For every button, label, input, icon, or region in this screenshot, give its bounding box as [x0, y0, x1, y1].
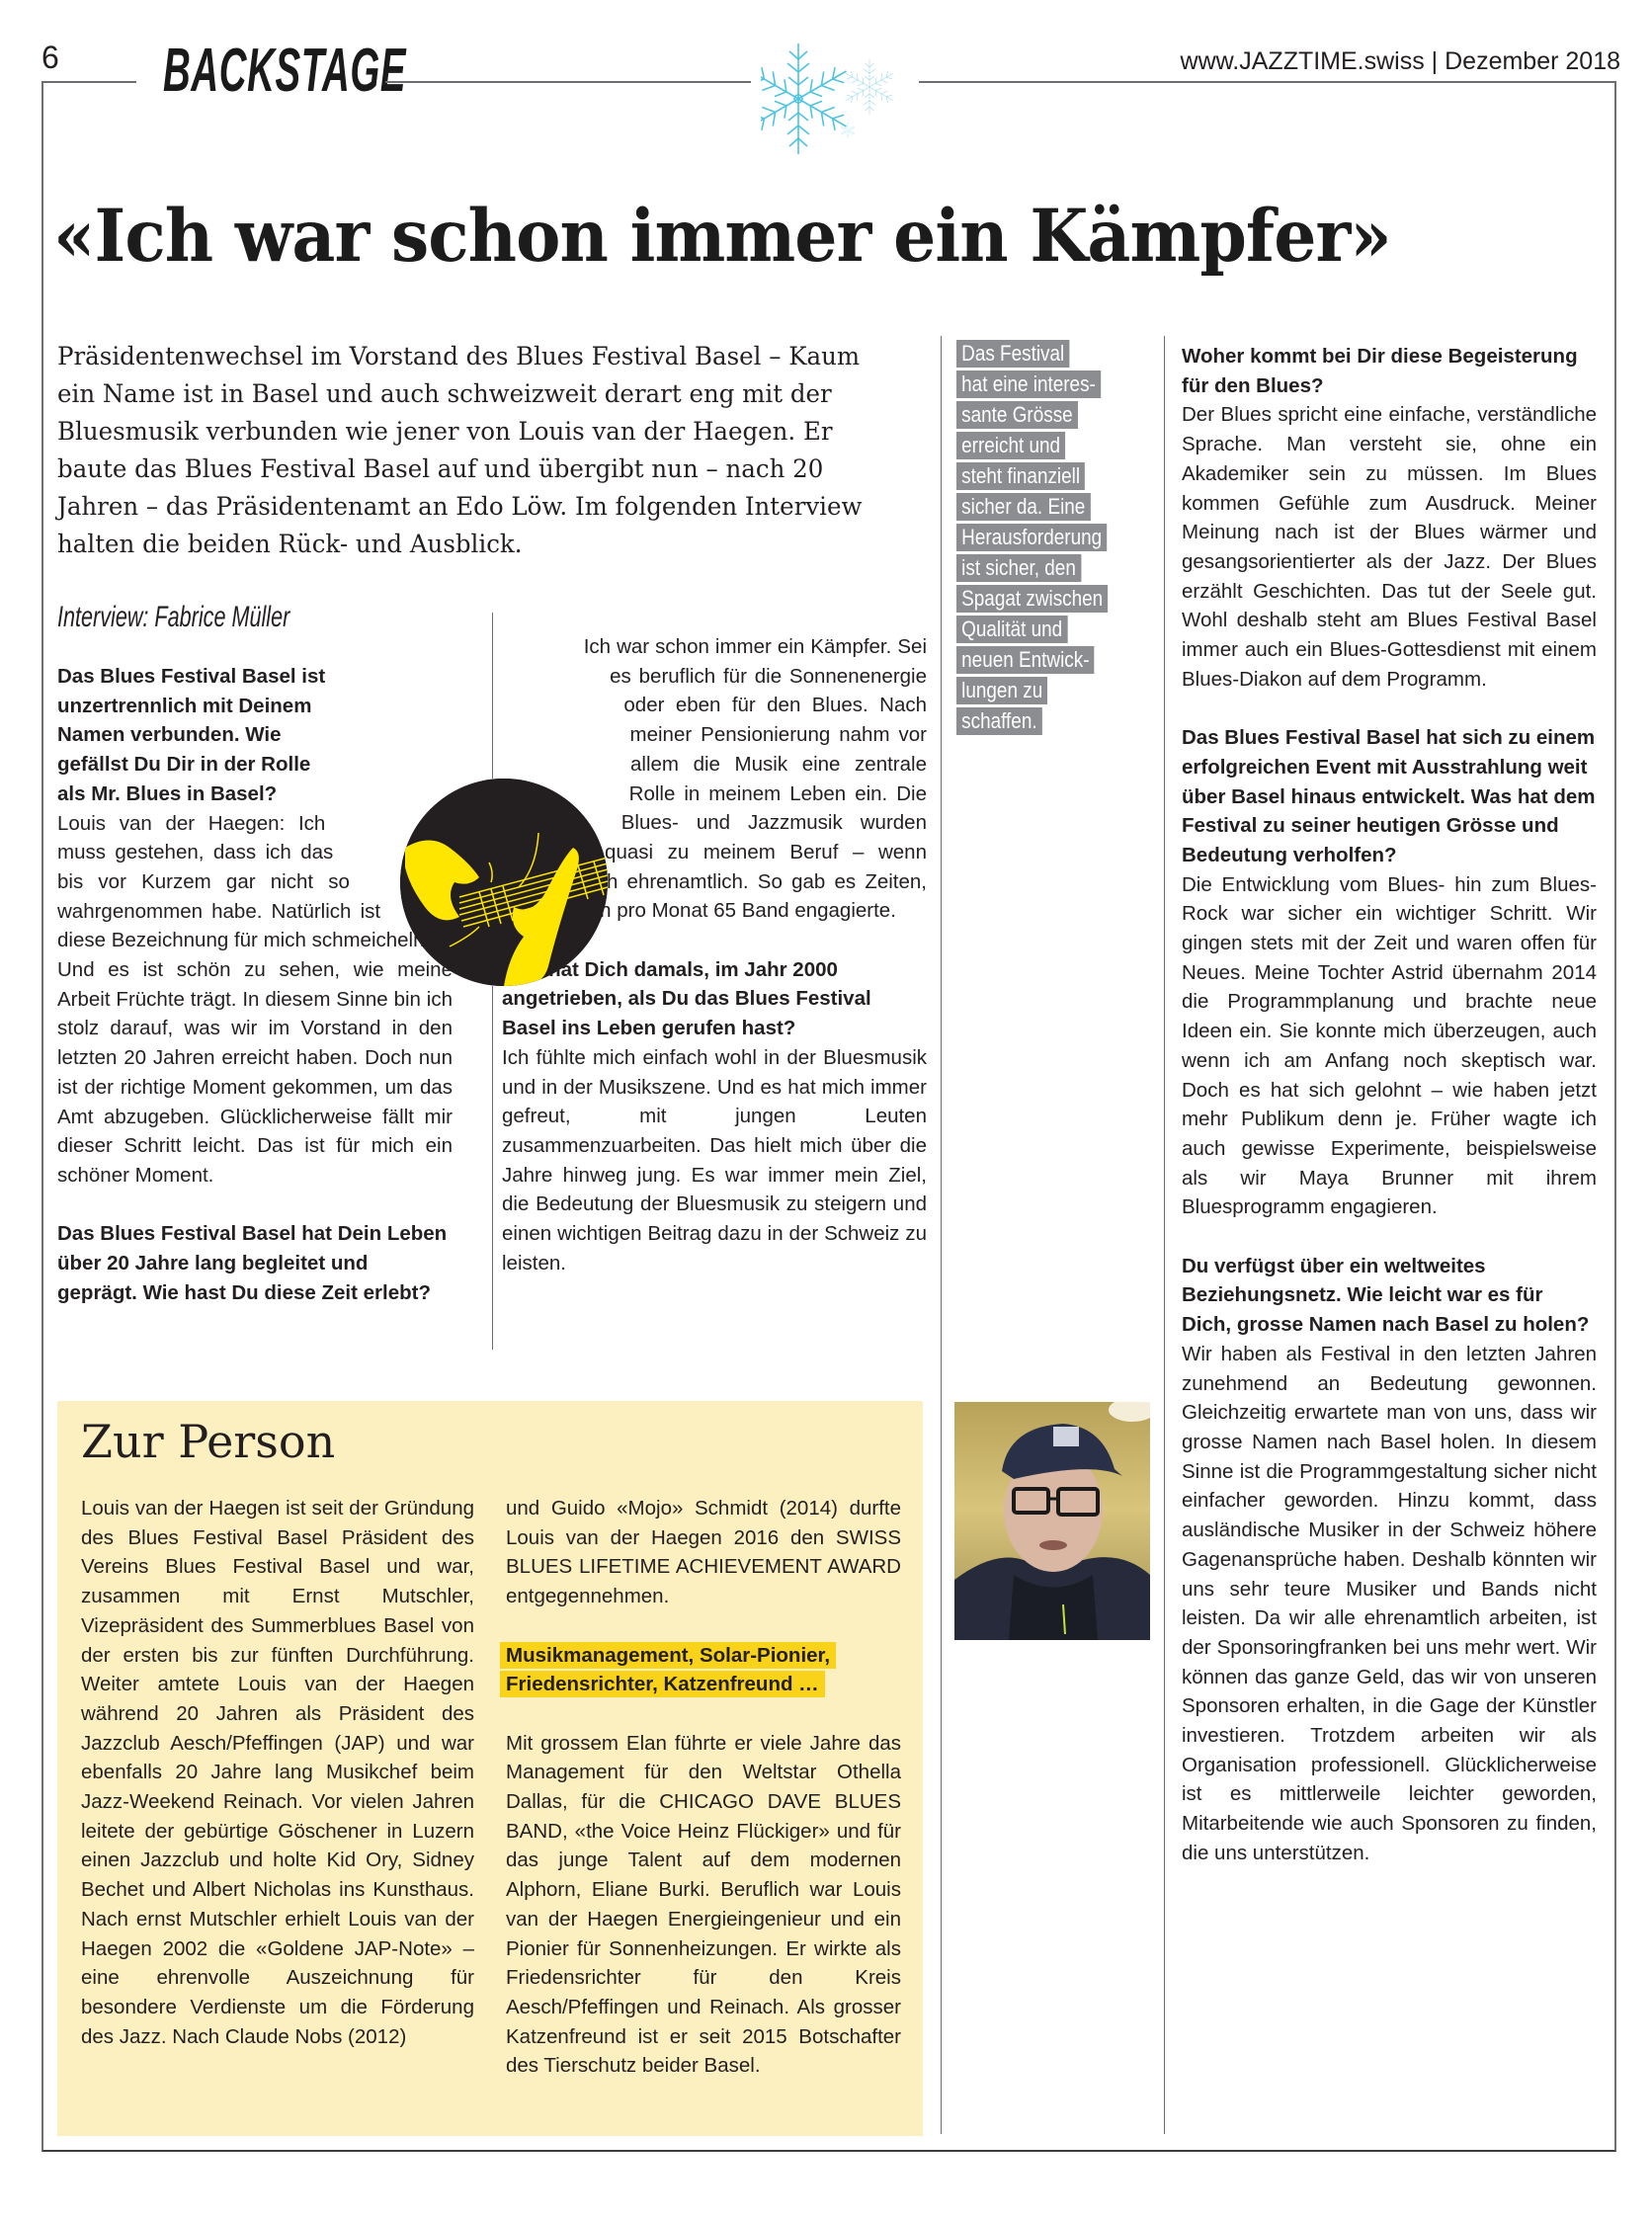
highlight-subhead: Musikmanagement, Solar-Pionier, Friedens… — [500, 1642, 836, 1698]
pull-quote-line: lungen zu — [956, 677, 1047, 704]
portrait-photo — [954, 1402, 1150, 1640]
pull-quote-line: sicher da. Eine — [956, 493, 1090, 521]
person-bio-1: Louis van der Haegen ist seit der Gründu… — [81, 1494, 474, 2051]
pull-quote-line: steht finanziell — [956, 462, 1085, 490]
pull-quote-line: erreicht und — [956, 432, 1065, 459]
headline: «Ich war schon immer ein Kämpfer» — [53, 194, 1391, 279]
person-box-column-2: und Guido «Mojo» Schmidt (2014) durfte L… — [506, 1494, 901, 2081]
site-and-date: www.JAZZTIME.swiss | Dezember 2018 — [1181, 47, 1620, 76]
person-bio-2: und Guido «Mojo» Schmidt (2014) durfte L… — [506, 1494, 901, 1611]
lead-paragraph: Präsidentenwechsel im Vorstand des Blues… — [57, 338, 882, 563]
column-divider — [941, 336, 942, 2134]
column-4: Woher kommt bei Dir diese Begeisterung f… — [1182, 342, 1597, 1868]
guitar-illustration — [400, 779, 608, 986]
page-number: 6 — [41, 40, 59, 76]
byline: Interview: Fabrice Müller — [57, 601, 289, 634]
guitar-hands-icon — [400, 779, 608, 986]
pull-quote-line: neuen Entwick- — [956, 646, 1095, 674]
portrait-person-icon — [954, 1402, 1150, 1640]
pull-quote-line: Spagat zwischen — [956, 585, 1108, 613]
question-6: Du verfügst über ein weltweites Beziehun… — [1182, 1252, 1597, 1340]
answer-4: Der Blues spricht eine einfache, verstän… — [1182, 400, 1597, 694]
column-divider — [492, 986, 493, 1350]
pull-quote-line: ist sicher, den — [956, 554, 1081, 582]
pull-quote-line: hat eine interes- — [956, 370, 1101, 398]
pull-quote-line: Das Festival — [956, 340, 1069, 368]
pull-quote-line: sante Grösse — [956, 401, 1078, 429]
answer-5: Die Entwicklung vom Blues- hin zum Blues… — [1182, 870, 1597, 1222]
pull-quote-line: Qualität und — [956, 616, 1067, 643]
question-2: Das Blues Festival Basel hat Dein Leben … — [57, 1219, 453, 1307]
column-1: Das Blues Festival Basel ist unzertrennl… — [57, 662, 453, 1307]
pull-quote-line: schaffen. — [956, 707, 1042, 735]
question-4: Woher kommt bei Dir diese Begeisterung f… — [1182, 342, 1597, 400]
person-bio-3: Mit grossem Elan führte er viele Jahre d… — [506, 1729, 901, 2081]
question-5: Das Blues Festival Basel hat sich zu ein… — [1182, 723, 1597, 870]
pull-quote: Das Festival hat eine interes- sante Grö… — [956, 338, 1123, 736]
answer-6: Wir haben als Festival in den letzten Ja… — [1182, 1340, 1597, 1868]
pull-quote-line: Herausforderung — [956, 524, 1107, 551]
person-box-column-1: Louis van der Haegen ist seit der Gründu… — [81, 1494, 474, 2051]
question-3: Was hat Dich damals, im Jahr 2000 angetr… — [502, 955, 927, 1043]
person-box-title: Zur Person — [81, 1415, 335, 1468]
answer-3: Ich fühlte mich einfach wohl in der Blue… — [502, 1043, 927, 1278]
column-divider — [492, 613, 493, 779]
column-divider — [1164, 336, 1165, 2134]
